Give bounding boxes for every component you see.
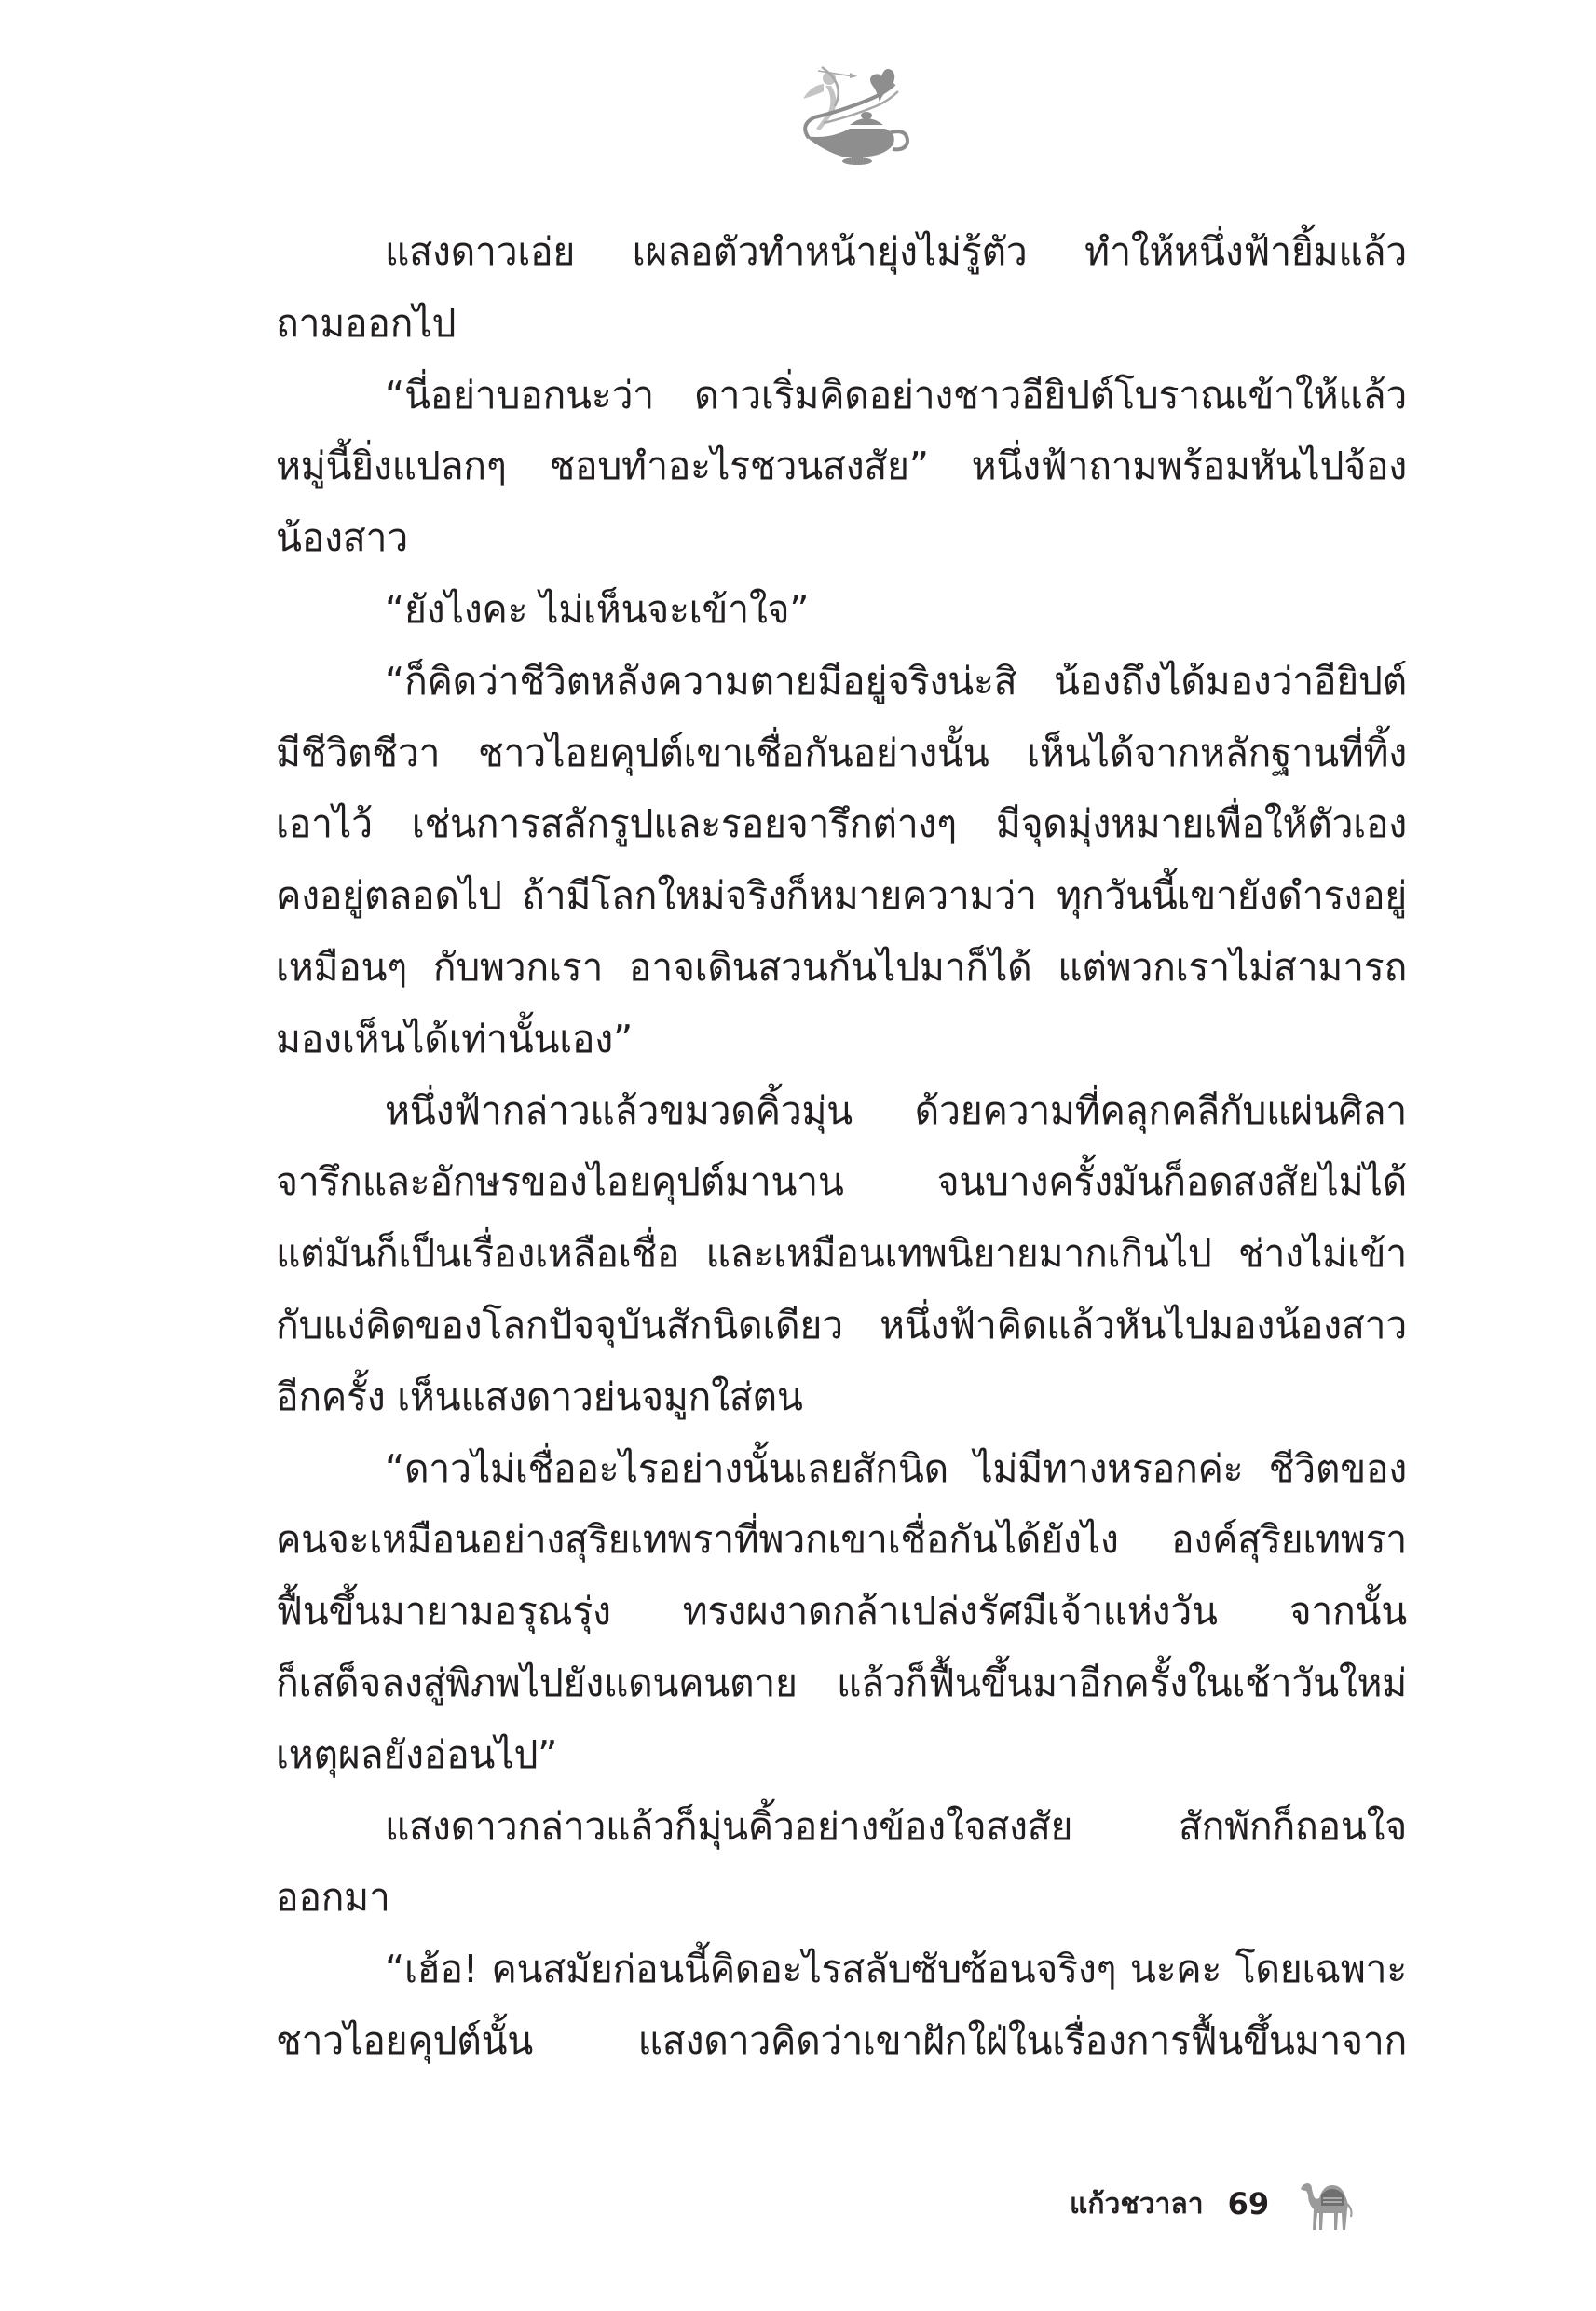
text-line: ถามออกไป xyxy=(276,288,1407,360)
genie-lamp-with-cupid-icon xyxy=(783,58,922,165)
text-line: คนจะเหมือนอย่างสุริยเทพราที่พวกเขาเชื่อก… xyxy=(276,1504,1407,1576)
text-line: “ก็คิดว่าชีวิตหลังความตายมีอยู่จริงน่ะสิ… xyxy=(276,646,1407,718)
page-footer: แก้วชวาลา 69 xyxy=(1070,2176,1355,2232)
camel-icon xyxy=(1295,2176,1355,2232)
text-line: เหมือนๆ กับพวกเรา อาจเดินสวนกันไปมาก็ได้… xyxy=(276,932,1407,1004)
body-text: แสงดาวเอ่ย เผลอตัวทำหน้ายุ่งไม่รู้ตัว ทำ… xyxy=(276,216,1407,2077)
text-line: เหตุผลยังอ่อนไป” xyxy=(276,1719,1407,1791)
book-page: แสงดาวเอ่ย เผลอตัวทำหน้ายุ่งไม่รู้ตัว ทำ… xyxy=(0,0,1596,2311)
text-line: “ดาวไม่เชื่ออะไรอย่างนั้นเลยสักนิด ไม่มี… xyxy=(276,1433,1407,1505)
text-line: ฟื้นขึ้นมายามอรุณรุ่ง ทรงผงาดกล้าเปล่งรั… xyxy=(276,1576,1407,1648)
text-line: มองเห็นได้เท่านั้นเอง” xyxy=(276,1004,1407,1075)
book-title: แก้วชวาลา xyxy=(1070,2182,1204,2226)
text-line: “นี่อย่าบอกนะว่า ดาวเริ่มคิดอย่างชาวอียิ… xyxy=(276,360,1407,431)
text-line: “ยังไงคะ ไม่เห็นจะเข้าใจ” xyxy=(276,574,1407,646)
text-line: เอาไว้ เช่นการสลักรูปและรอยจารึกต่างๆ มี… xyxy=(276,788,1407,860)
text-line: แต่มันก็เป็นเรื่องเหลือเชื่อ และเหมือนเท… xyxy=(276,1218,1407,1290)
text-line: ออกมา xyxy=(276,1862,1407,1934)
text-line: ชาวไอยคุปต์นั้น แสงดาวคิดว่าเขาฝักใฝ่ในเ… xyxy=(276,2005,1407,2077)
text-line: อีกครั้ง เห็นแสงดาวย่นจมูกใส่ตน xyxy=(276,1361,1407,1433)
text-line: กับแง่คิดของโลกปัจจุบันสักนิดเดียว หนึ่ง… xyxy=(276,1290,1407,1361)
text-line: คงอยู่ตลอดไป ถ้ามีโลกใหม่จริงก็หมายความว… xyxy=(276,860,1407,932)
text-line: “เฮ้อ! คนสมัยก่อนนี้คิดอะไรสลับซับซ้อนจร… xyxy=(276,1934,1407,2005)
text-line: ก็เสด็จลงสู่พิภพไปยังแดนคนตาย แล้วก็ฟื้น… xyxy=(276,1648,1407,1719)
page-number: 69 xyxy=(1228,2186,1270,2222)
text-line: จารึกและอักษรของไอยคุปต์มานาน จนบางครั้ง… xyxy=(276,1146,1407,1218)
text-line: หมู่นี้ยิ่งแปลกๆ ชอบทำอะไรชวนสงสัย” หนึ่… xyxy=(276,431,1407,502)
text-line: มีชีวิตชีวา ชาวไอยคุปต์เขาเชื่อกันอย่างน… xyxy=(276,718,1407,789)
text-line: น้องสาว xyxy=(276,502,1407,574)
text-line: แสงดาวกล่าวแล้วก็มุ่นคิ้วอย่างข้องใจสงสั… xyxy=(276,1791,1407,1863)
text-line: หนึ่งฟ้ากล่าวแล้วขมวดคิ้วมุ่น ด้วยความที… xyxy=(276,1075,1407,1147)
text-line: แสงดาวเอ่ย เผลอตัวทำหน้ายุ่งไม่รู้ตัว ทำ… xyxy=(276,216,1407,288)
